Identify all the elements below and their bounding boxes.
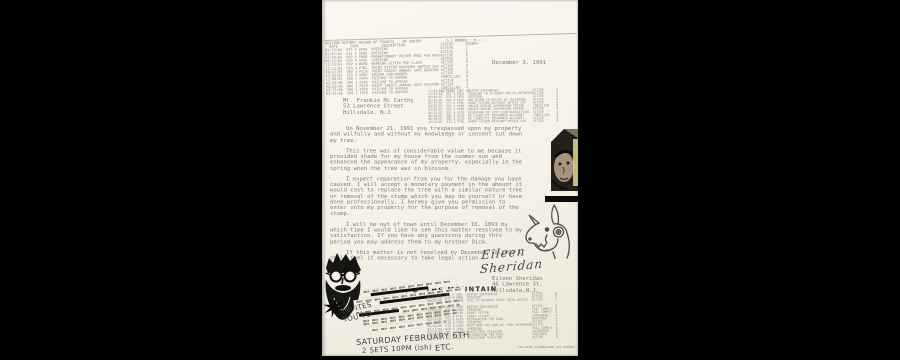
record-row: 10/16/87 SIS 4 PTNL POINT SYSTEM ADVISOR… <box>428 120 558 124</box>
letter-body: On November 21, 1991 you trespassed upon… <box>330 126 525 266</box>
etc-note: ETC. <box>435 342 455 353</box>
record-row: 01/23/90 SUS 4 PERS PERSISTENT VIOLATOR … <box>428 336 558 341</box>
letter-paragraph: I expect reparation from you for the dam… <box>330 176 525 217</box>
scanned-letter-screenshot: DRIVING HISTORY RECORD OF FRANCIS MC CAR… <box>0 0 900 360</box>
letter-paragraph: On November 21, 1991 you trespassed upon… <box>330 126 525 143</box>
points-footnote-wrap: YOU HAVE ACCUMULATED XXX POINTS!! <box>518 346 578 349</box>
driving-record-top: DRIVING HISTORY RECORD OF FRANCIS MC CAR… <box>325 39 487 97</box>
record-rows-bottom: 11/01/87 SIS 4 SURC DRIVER SURCHARGED AC… <box>427 292 558 341</box>
letter-date: December 3, 1991 <box>492 60 546 66</box>
letter-paragraph: This tree was of considerable value to m… <box>330 148 525 171</box>
points-footnote: YOU HAVE ACCUMULATED XXX POINTS!! <box>518 346 578 349</box>
recipient-address: Mr. Frankie Mc Carthy52 Lawrence StreetH… <box>343 98 414 115</box>
record-rows-right: 11/01/86 SIS 4 SURC DRIVER SURCHARGED AC… <box>428 89 558 125</box>
tape-strip <box>573 139 578 186</box>
driving-record-bottom: 11/01/87 SIS 4 SURC DRIVER SURCHARGED AC… <box>427 292 558 341</box>
driving-record-right: 11/01/86 SIS 4 SURC DRIVER SURCHARGED AC… <box>428 89 558 125</box>
address-line: Hillsdale, N.J. <box>343 110 414 116</box>
letter-page: DRIVING HISTORY RECORD OF FRANCIS MC CAR… <box>322 0 578 356</box>
sender-address: Eileen Sheridan46 Lawrence St.Hillsdale,… <box>492 276 543 293</box>
letter-paragraph: I will be out of town until December 10,… <box>330 222 525 245</box>
